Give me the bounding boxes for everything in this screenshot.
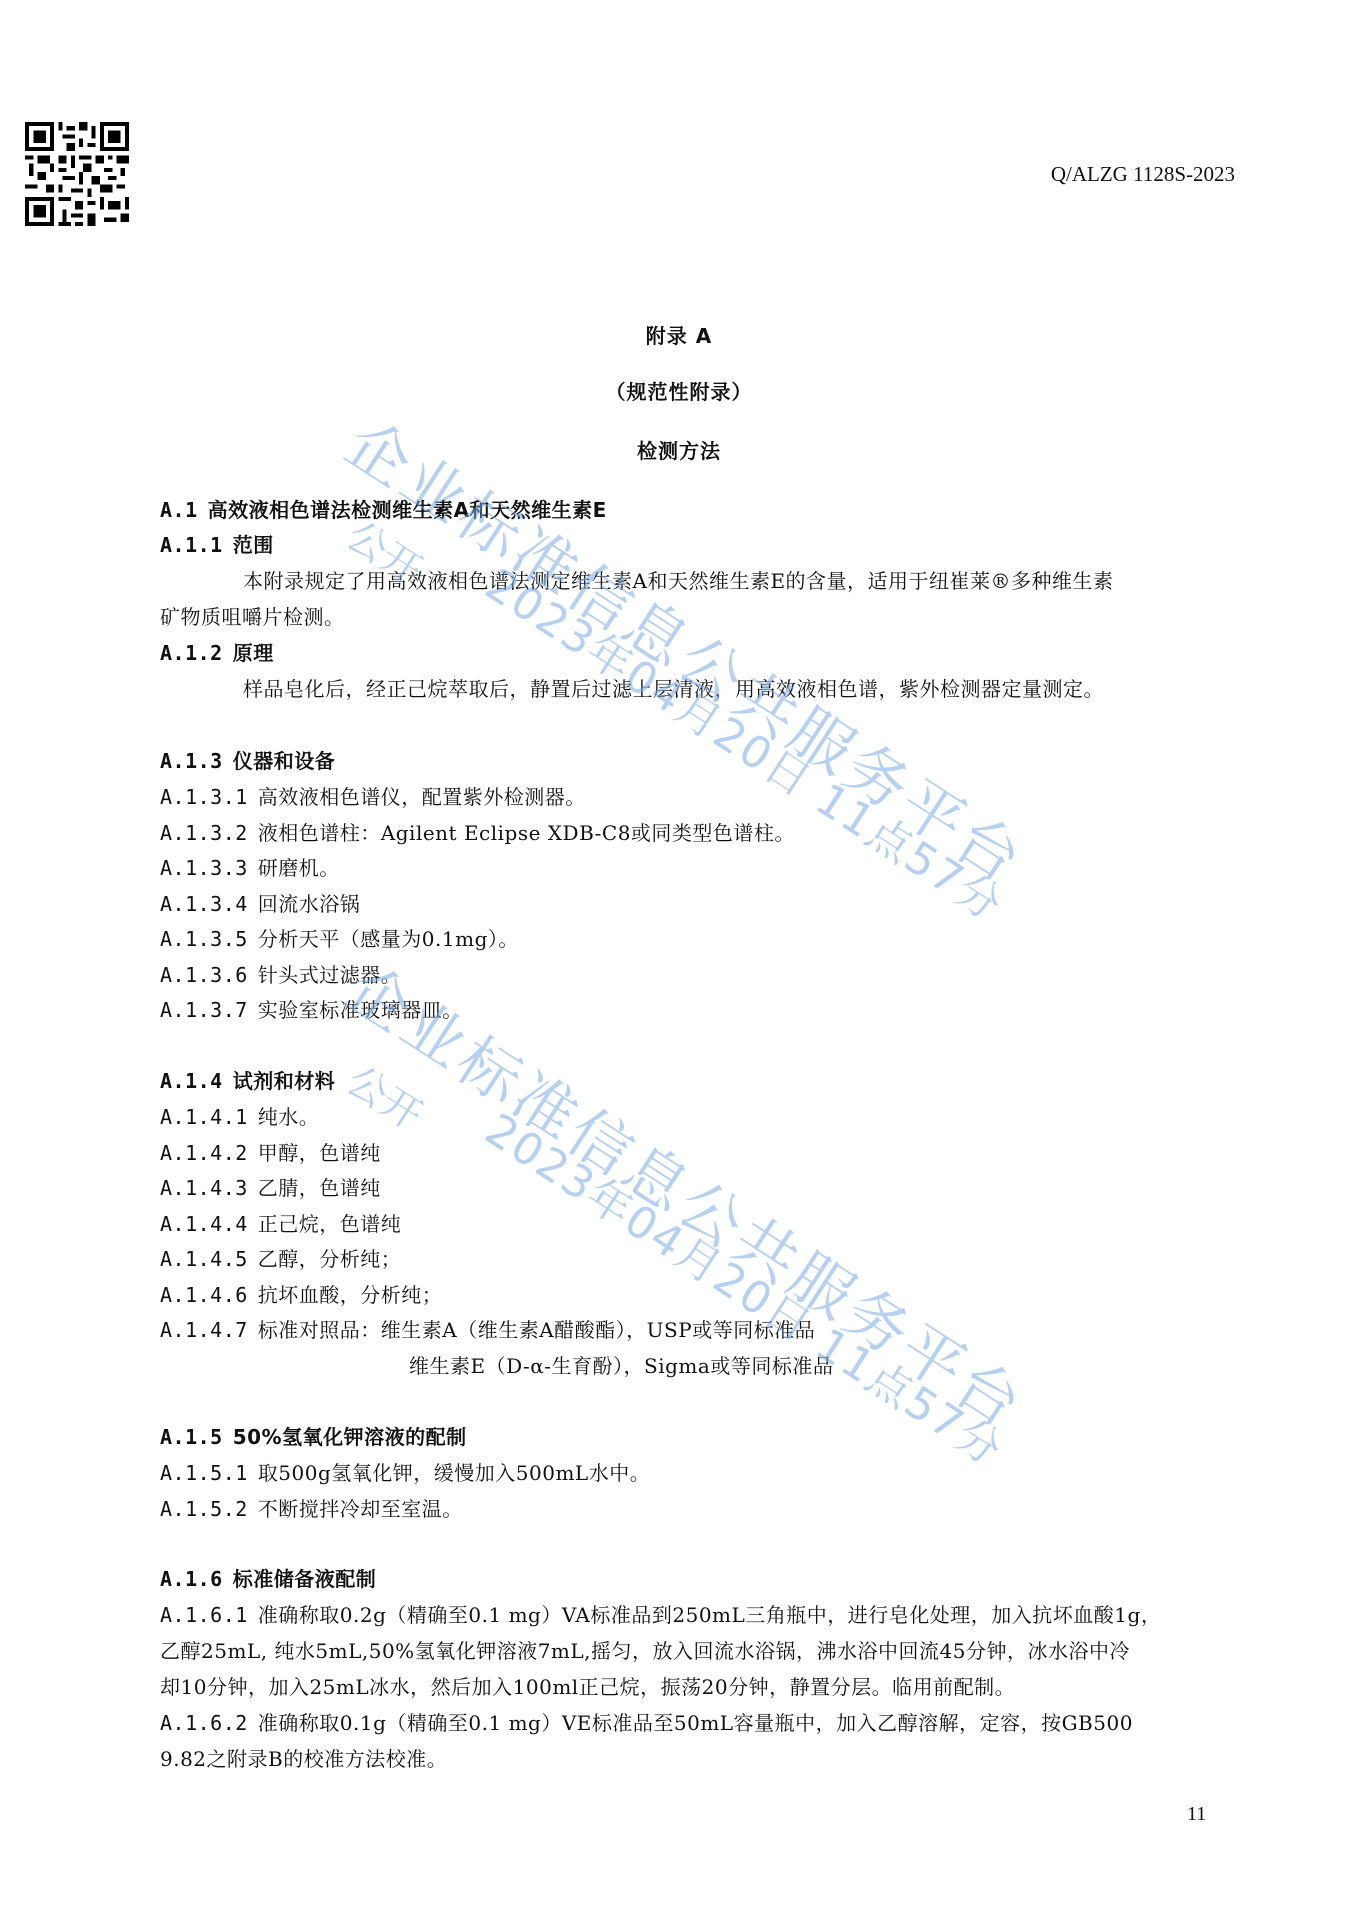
section-a12-heading: A.1.2原理: [160, 637, 274, 666]
list-item: A.1.4.1纯水。: [160, 1101, 319, 1130]
page-number: 11: [1187, 1803, 1206, 1826]
item-number: A.1.5.2: [160, 1497, 248, 1521]
section-title: 仪器和设备: [233, 749, 336, 773]
section-a16-heading: A.1.6标准储备液配制: [160, 1563, 376, 1592]
list-item: A.1.4.2甲醇，色谱纯: [160, 1137, 381, 1166]
item-text: 抗坏血酸，分析纯；: [258, 1283, 443, 1307]
item-number: A.1.4.6: [160, 1283, 248, 1307]
scope-paragraph-line-2: 矿物质咀嚼片检测。: [160, 601, 345, 630]
watermark-date: 2023年04月20日 11点57分: [475, 1095, 1018, 1479]
list-item: A.1.3.1高效液相色谱仪，配置紫外检测器。: [160, 781, 586, 810]
item-number: A.1.3.6: [160, 963, 248, 987]
item-number: A.1.5.1: [160, 1461, 248, 1485]
section-number: A.1.5: [160, 1425, 223, 1449]
item-text: 取500g氢氧化钾，缓慢加入500mL水中。: [258, 1461, 650, 1485]
item-number: A.1.6.2: [160, 1711, 248, 1735]
item-text: 研磨机。: [258, 856, 340, 880]
item-number: A.1.4.1: [160, 1105, 248, 1129]
appendix-title: 附录 A: [0, 320, 1358, 349]
section-number: A.1: [160, 498, 198, 522]
list-item-continuation: 9.82之附录B的校准方法校准。: [160, 1743, 447, 1772]
item-number: A.1.3.7: [160, 998, 248, 1022]
list-item: A.1.3.4回流水浴锅: [160, 888, 360, 917]
section-number: A.1.3: [160, 749, 223, 773]
item-text: 针头式过滤器。: [258, 963, 402, 987]
section-title: 50%氢氧化钾溶液的配制: [233, 1425, 467, 1449]
item-text: 甲醇，色谱纯: [258, 1141, 381, 1165]
list-item: A.1.3.5分析天平（感量为0.1mg）。: [160, 923, 519, 952]
item-number: A.1.4.2: [160, 1141, 248, 1165]
item-text: 回流水浴锅: [258, 892, 361, 916]
item-text: 实验室标准玻璃器皿。: [258, 998, 463, 1022]
item-text: 乙醇，分析纯；: [258, 1247, 402, 1271]
item-text: 不断搅拌冷却至室温。: [258, 1497, 463, 1521]
item-number: A.1.6.1: [160, 1603, 248, 1627]
scope-paragraph-line-1: 本附录规定了用高效液相色谱法测定维生素A和天然维生素E的含量，适用于纽崔莱®多种…: [243, 565, 1114, 594]
section-a1-heading: A.1高效液相色谱法检测维生素A和天然维生素E: [160, 494, 607, 523]
item-number: A.1.3.5: [160, 927, 248, 951]
list-item: A.1.5.1取500g氢氧化钾，缓慢加入500mL水中。: [160, 1457, 650, 1486]
list-item: A.1.5.2不断搅拌冷却至室温。: [160, 1493, 463, 1522]
subject-title: 检测方法: [0, 435, 1358, 464]
list-item-continuation: 却10分钟，加入25mL冰水，然后加入100ml正己烷，振荡20分钟，静置分层。…: [160, 1671, 1015, 1700]
list-item: A.1.4.5乙醇，分析纯；: [160, 1243, 401, 1272]
section-number: A.1.6: [160, 1567, 223, 1591]
item-text: 标准对照品：维生素A（维生素A醋酸酯），USP或等同标准品: [258, 1318, 815, 1342]
section-a11-heading: A.1.1范围: [160, 529, 274, 558]
item-number: A.1.3.2: [160, 821, 248, 845]
list-item: A.1.4.4正己烷，色谱纯: [160, 1208, 401, 1237]
list-item: A.1.3.6针头式过滤器。: [160, 959, 401, 988]
list-item: A.1.4.3乙腈，色谱纯: [160, 1172, 381, 1201]
item-text: 纯水。: [258, 1105, 320, 1129]
appendix-type: （规范性附录）: [0, 376, 1358, 405]
item-number: A.1.4.3: [160, 1176, 248, 1200]
item-text: 乙腈，色谱纯: [258, 1176, 381, 1200]
section-title: 高效液相色谱法检测维生素A和天然维生素E: [208, 498, 607, 522]
list-item: A.1.6.2准确称取0.1g（精确至0.1 mg）VE标准品至50mL容量瓶中…: [160, 1707, 1133, 1736]
principle-paragraph: 样品皂化后，经正己烷萃取后，静置后过滤上层清液，用高效液相色谱，紫外检测器定量测…: [243, 673, 1104, 702]
list-item-continuation: 维生素E（D-α-生育酚），Sigma或等同标准品: [409, 1350, 833, 1379]
section-number: A.1.2: [160, 641, 223, 665]
list-item: A.1.3.2液相色谱柱：Agilent Eclipse XDB-C8或同类型色…: [160, 817, 795, 846]
item-number: A.1.3.3: [160, 856, 248, 880]
section-number: A.1.1: [160, 533, 223, 557]
list-item-continuation: 乙醇25mL, 纯水5mL,50%氢氧化钾溶液7mL,摇匀，放入回流水浴锅，沸水…: [160, 1635, 1130, 1664]
list-item: A.1.4.7标准对照品：维生素A（维生素A醋酸酯），USP或等同标准品: [160, 1314, 815, 1343]
section-title: 试剂和材料: [233, 1069, 336, 1093]
item-text: 分析天平（感量为0.1mg）。: [258, 927, 519, 951]
watermark-public-label: 公开: [337, 1050, 435, 1141]
item-number: A.1.3.4: [160, 892, 248, 916]
section-title: 范围: [233, 533, 274, 557]
qr-code-icon: [25, 122, 129, 226]
section-number: A.1.4: [160, 1069, 223, 1093]
watermark-date: 2023年04月20日 11点57分: [475, 550, 1018, 934]
item-text: 准确称取0.1g（精确至0.1 mg）VE标准品至50mL容量瓶中，加入乙醇溶解…: [258, 1711, 1133, 1735]
section-title: 标准储备液配制: [233, 1567, 377, 1591]
item-text: 高效液相色谱仪，配置紫外检测器。: [258, 785, 586, 809]
item-text: 正己烷，色谱纯: [258, 1212, 402, 1236]
section-title: 原理: [233, 641, 274, 665]
list-item: A.1.4.6抗坏血酸，分析纯；: [160, 1279, 442, 1308]
item-text: 液相色谱柱：Agilent Eclipse XDB-C8或同类型色谱柱。: [258, 821, 795, 845]
list-item: A.1.6.1准确称取0.2g（精确至0.1 mg）VA标准品到250mL三角瓶…: [160, 1599, 1161, 1628]
item-number: A.1.4.4: [160, 1212, 248, 1236]
section-a13-heading: A.1.3仪器和设备: [160, 745, 335, 774]
list-item: A.1.3.3研磨机。: [160, 852, 340, 881]
document-code: Q/ALZG 1128S-2023: [1051, 162, 1235, 187]
section-a15-heading: A.1.550%氢氧化钾溶液的配制: [160, 1421, 467, 1450]
item-number: A.1.3.1: [160, 785, 248, 809]
list-item: A.1.3.7实验室标准玻璃器皿。: [160, 994, 463, 1023]
item-number: A.1.4.7: [160, 1318, 248, 1342]
item-number: A.1.4.5: [160, 1247, 248, 1271]
item-text: 准确称取0.2g（精确至0.1 mg）VA标准品到250mL三角瓶中，进行皂化处…: [258, 1603, 1162, 1627]
section-a14-heading: A.1.4试剂和材料: [160, 1065, 335, 1094]
